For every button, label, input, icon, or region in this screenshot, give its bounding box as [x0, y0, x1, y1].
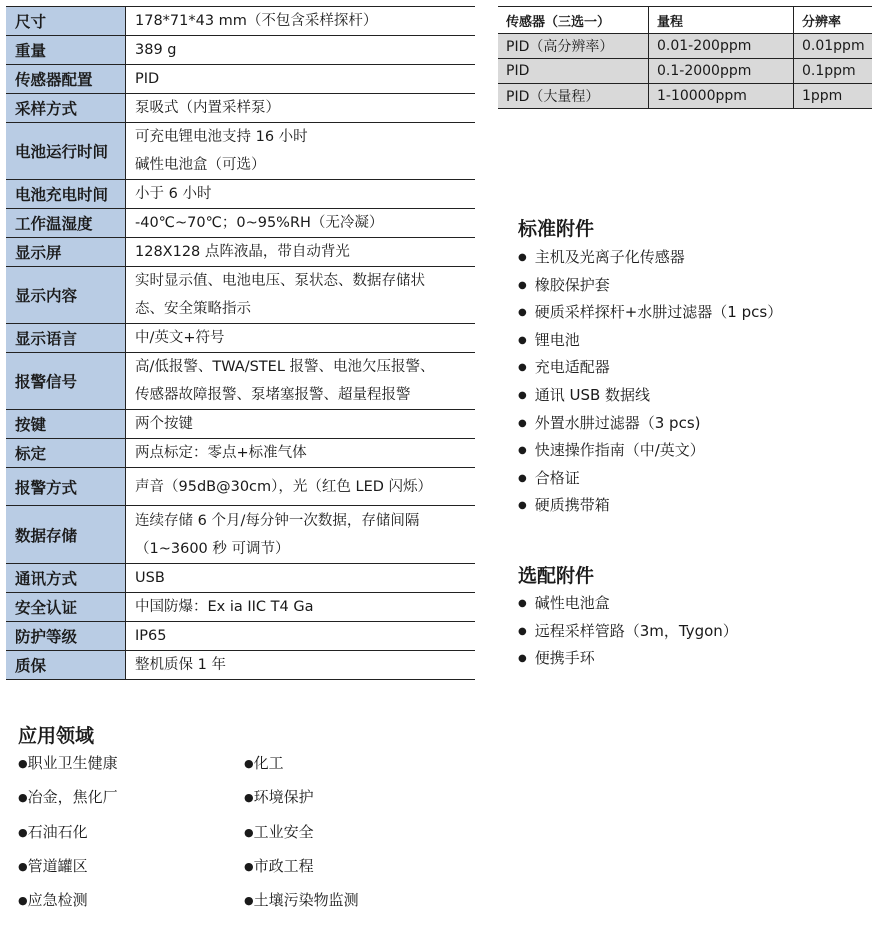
spec-value-line: 整机质保 1 年: [135, 651, 475, 679]
spec-value-line: 128X128 点阵液晶，带自动背光: [135, 238, 475, 266]
spec-label: 质保: [6, 651, 126, 680]
spec-label: 报警方式: [6, 468, 126, 506]
table-row: 报警信号高/低报警、TWA/STEL 报警、电池欠压报警、传感器故障报警、泵堵塞…: [6, 353, 475, 410]
spec-label: 标定: [6, 439, 126, 468]
list-item: 橡胶保护套: [518, 272, 782, 300]
spec-table: 尺寸178*71*43 mm（不包含采样探杆）重量389 g传感器配置PID采样…: [6, 6, 475, 680]
application-item: 冶金，焦化厂: [18, 786, 118, 807]
table-row: 传感器配置PID: [6, 65, 475, 94]
spec-label: 传感器配置: [6, 65, 126, 94]
list-item: 远程采样管路（3m，Tygon）: [518, 618, 738, 646]
list-item: 便携手环: [518, 645, 738, 673]
table-row: 通讯方式USB: [6, 564, 475, 593]
spec-value: 整机质保 1 年: [126, 651, 476, 680]
spec-value-line: 178*71*43 mm（不包含采样探杆）: [135, 7, 475, 35]
table-row: 工作温湿度-40℃~70℃；0~95%RH（无冷凝）: [6, 209, 475, 238]
table-row: 防护等级IP65: [6, 622, 475, 651]
spec-label: 通讯方式: [6, 564, 126, 593]
spec-value: 泵吸式（内置采样泵）: [126, 94, 476, 123]
spec-value: 两个按键: [126, 410, 476, 439]
spec-value: PID: [126, 65, 476, 94]
table-row: 电池充电时间小于 6 小时: [6, 180, 475, 209]
applications-title: 应用领域: [18, 721, 94, 748]
spec-value: IP65: [126, 622, 476, 651]
spec-value-line: （1~3600 秒 可调节）: [135, 535, 475, 563]
spec-label: 显示屏: [6, 238, 126, 267]
table-row: 显示屏128X128 点阵液晶，带自动背光: [6, 238, 475, 267]
table-row: 标定两点标定：零点+标准气体: [6, 439, 475, 468]
spec-value-line: 声音（95dB@30cm），光（红色 LED 闪烁）: [135, 473, 475, 501]
spec-value: 声音（95dB@30cm），光（红色 LED 闪烁）: [126, 468, 476, 506]
spec-label: 显示内容: [6, 267, 126, 324]
spec-label: 按键: [6, 410, 126, 439]
spec-value-line: 泵吸式（内置采样泵）: [135, 94, 475, 122]
sensor-table: 传感器（三选一） 量程 分辨率 PID（高分辨率） 0.01-200ppm 0.…: [498, 6, 872, 109]
spec-value-line: 实时显示值、电池电压、泵状态、数据存储状: [135, 267, 475, 295]
list-item: 充电适配器: [518, 354, 782, 382]
spec-value: USB: [126, 564, 476, 593]
header-range: 量程: [649, 7, 794, 34]
spec-value: 可充电锂电池支持 16 小时碱性电池盒（可选）: [126, 123, 476, 180]
table-row: 显示语言中/英文+符号: [6, 324, 475, 353]
sensor-range: 1-10000ppm: [649, 84, 794, 109]
application-item: 环境保护: [244, 786, 314, 807]
sensor-name: PID（高分辨率）: [498, 34, 649, 59]
spec-value-line: 小于 6 小时: [135, 180, 475, 208]
spec-value-line: 碱性电池盒（可选）: [135, 151, 475, 179]
header-sensor: 传感器（三选一）: [498, 7, 649, 34]
application-item: 土壤污染物监测: [244, 889, 359, 910]
table-row: 显示内容实时显示值、电池电压、泵状态、数据存储状态、安全策略指示: [6, 267, 475, 324]
sensor-range: 0.1-2000ppm: [649, 59, 794, 84]
sensor-name: PID: [498, 59, 649, 84]
spec-value-line: -40℃~70℃；0~95%RH（无冷凝）: [135, 209, 475, 237]
standard-accessories-title: 标准附件: [518, 214, 594, 241]
table-row: PID 0.1-2000ppm 0.1ppm: [498, 59, 872, 84]
table-row: 质保整机质保 1 年: [6, 651, 475, 680]
spec-label: 安全认证: [6, 593, 126, 622]
sensor-resolution: 1ppm: [794, 84, 873, 109]
spec-value: 两点标定：零点+标准气体: [126, 439, 476, 468]
spec-value-line: 态、安全策略指示: [135, 295, 475, 323]
table-row: 数据存储连续存储 6 个月/每分钟一次数据，存储间隔（1~3600 秒 可调节）: [6, 506, 475, 564]
spec-value-line: PID: [135, 65, 475, 93]
sensor-table-header: 传感器（三选一） 量程 分辨率: [498, 7, 872, 34]
table-row: 报警方式声音（95dB@30cm），光（红色 LED 闪烁）: [6, 468, 475, 506]
optional-accessories-title: 选配附件: [518, 561, 594, 588]
table-row: 重量389 g: [6, 36, 475, 65]
table-row: 电池运行时间可充电锂电池支持 16 小时碱性电池盒（可选）: [6, 123, 475, 180]
header-resolution: 分辨率: [794, 7, 873, 34]
application-item: 石油石化: [18, 821, 88, 842]
application-item: 职业卫生健康: [18, 752, 118, 773]
spec-label: 采样方式: [6, 94, 126, 123]
application-item: 管道罐区: [18, 855, 88, 876]
spec-value: 389 g: [126, 36, 476, 65]
spec-value-line: 389 g: [135, 36, 475, 64]
application-item: 市政工程: [244, 855, 314, 876]
list-item: 快速操作指南（中/英文）: [518, 437, 782, 465]
application-item: 应急检测: [18, 889, 88, 910]
standard-accessories-list: 主机及光离子化传感器橡胶保护套硬质采样探杆+水肼过滤器（1 pcs）锂电池充电适…: [518, 244, 782, 520]
table-row: 采样方式泵吸式（内置采样泵）: [6, 94, 475, 123]
table-row: 安全认证中国防爆：Ex ia IIC T4 Ga: [6, 593, 475, 622]
spec-value: 178*71*43 mm（不包含采样探杆）: [126, 7, 476, 36]
sensor-resolution: 0.1ppm: [794, 59, 873, 84]
sensor-name: PID（大量程）: [498, 84, 649, 109]
list-item: 通讯 USB 数据线: [518, 382, 782, 410]
spec-value: 小于 6 小时: [126, 180, 476, 209]
spec-value-line: 高/低报警、TWA/STEL 报警、电池欠压报警、: [135, 353, 475, 381]
spec-value-line: 可充电锂电池支持 16 小时: [135, 123, 475, 151]
list-item: 硬质携带箱: [518, 492, 782, 520]
spec-label: 防护等级: [6, 622, 126, 651]
spec-value-line: 连续存储 6 个月/每分钟一次数据，存储间隔: [135, 507, 475, 535]
spec-label: 显示语言: [6, 324, 126, 353]
application-item: 工业安全: [244, 821, 314, 842]
spec-value: 128X128 点阵液晶，带自动背光: [126, 238, 476, 267]
list-item: 碱性电池盒: [518, 590, 738, 618]
spec-label: 重量: [6, 36, 126, 65]
spec-value-line: 中国防爆：Ex ia IIC T4 Ga: [135, 593, 475, 621]
spec-value-line: IP65: [135, 622, 475, 650]
sensor-resolution: 0.01ppm: [794, 34, 873, 59]
spec-label: 数据存储: [6, 506, 126, 564]
spec-label: 报警信号: [6, 353, 126, 410]
table-row: 按键两个按键: [6, 410, 475, 439]
spec-value: 实时显示值、电池电压、泵状态、数据存储状态、安全策略指示: [126, 267, 476, 324]
spec-label: 工作温湿度: [6, 209, 126, 238]
list-item: 外置水肼过滤器（3 pcs): [518, 410, 782, 438]
list-item: 硬质采样探杆+水肼过滤器（1 pcs）: [518, 299, 782, 327]
table-row: 尺寸178*71*43 mm（不包含采样探杆）: [6, 7, 475, 36]
spec-value: 中/英文+符号: [126, 324, 476, 353]
spec-value: 连续存储 6 个月/每分钟一次数据，存储间隔（1~3600 秒 可调节）: [126, 506, 476, 564]
spec-value-line: 两个按键: [135, 410, 475, 438]
optional-accessories-list: 碱性电池盒远程采样管路（3m，Tygon）便携手环: [518, 590, 738, 673]
spec-value: 中国防爆：Ex ia IIC T4 Ga: [126, 593, 476, 622]
application-item: 化工: [244, 752, 284, 773]
spec-value: -40℃~70℃；0~95%RH（无冷凝）: [126, 209, 476, 238]
spec-label: 电池充电时间: [6, 180, 126, 209]
table-row: PID（高分辨率） 0.01-200ppm 0.01ppm: [498, 34, 872, 59]
table-row: PID（大量程） 1-10000ppm 1ppm: [498, 84, 872, 109]
list-item: 主机及光离子化传感器: [518, 244, 782, 272]
spec-value: 高/低报警、TWA/STEL 报警、电池欠压报警、传感器故障报警、泵堵塞报警、超…: [126, 353, 476, 410]
spec-label: 尺寸: [6, 7, 126, 36]
list-item: 锂电池: [518, 327, 782, 355]
spec-value-line: 传感器故障报警、泵堵塞报警、超量程报警: [135, 381, 475, 409]
list-item: 合格证: [518, 465, 782, 493]
spec-value-line: 中/英文+符号: [135, 324, 475, 352]
sensor-range: 0.01-200ppm: [649, 34, 794, 59]
spec-label: 电池运行时间: [6, 123, 126, 180]
spec-value-line: 两点标定：零点+标准气体: [135, 439, 475, 467]
spec-value-line: USB: [135, 564, 475, 592]
